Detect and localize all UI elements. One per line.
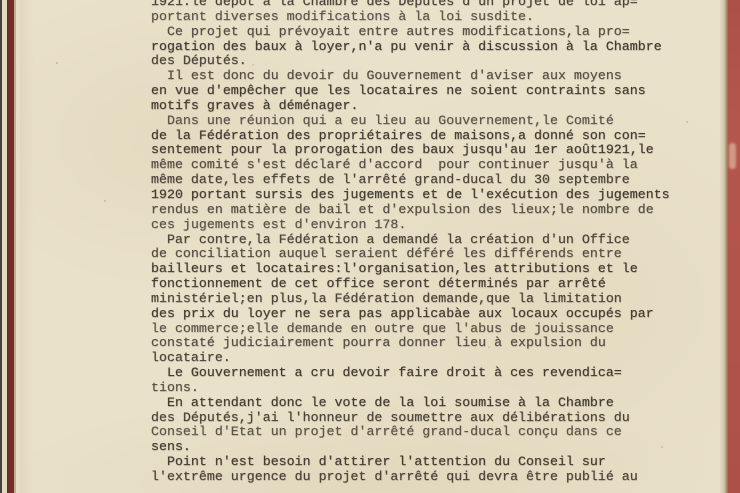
text-line: Ce projet qui prévoyait entre autres mod… [151, 25, 670, 40]
text-line: portant diverses modifications à la loi … [151, 10, 670, 25]
text-line: Point n'est besoin d'attirer l'attention… [151, 455, 670, 470]
text-line: des prix du loyer ne sera pas applicabàe… [151, 307, 670, 322]
text-line: En attendant donc le vote de la loi soum… [151, 396, 670, 411]
text-line: l'extrême urgence du projet d'arrêté qui… [151, 470, 670, 485]
text-line: motifs graves à déménager. [151, 99, 670, 114]
text-line: fonctionnement de cet office seront déte… [151, 277, 670, 292]
book-binding-edge [0, 0, 20, 493]
text-line: Dans une réunion qui a eu lieu au Gouver… [151, 114, 670, 129]
text-line: en vue d'empêcher que les locataires ne … [151, 84, 670, 99]
page-right-edge [720, 0, 727, 493]
text-line: sentement pour la prorogation des baux j… [151, 143, 670, 158]
text-line: rendus en matière de bail et d'expulsion… [151, 203, 670, 218]
text-line: Par contre,la Fédération a demandé la cr… [151, 233, 670, 248]
red-cover-strip [727, 0, 740, 493]
text-line: même date,les effets de l'arrêté grand-d… [151, 173, 670, 188]
text-line: constaté judiciairement pourra donner li… [151, 336, 670, 351]
text-line: de la Fédération des propriétaires de ma… [151, 129, 670, 144]
text-line: le commerce;elle demande en outre que l'… [151, 322, 670, 337]
text-line: de conciliation auquel seraient déféré l… [151, 247, 670, 262]
text-line: rogation des baux à loyer,n'a pu venir à… [151, 40, 670, 55]
scanned-document-page: 1921.le dépôt à la Chambre des Députés d… [0, 0, 740, 493]
text-line: bailleurs et locataires:l'organisation,l… [151, 262, 670, 277]
text-line: même comité s'est déclaré d'accord pour … [151, 158, 670, 173]
text-line: Il est donc du devoir du Gouvernement d'… [151, 69, 670, 84]
text-line: sens. [151, 440, 670, 455]
text-line: tions. [151, 381, 670, 396]
text-line: ministériel;en plus,la Fédération demand… [151, 292, 670, 307]
typewritten-text: 1921.le dépôt à la Chambre des Députés d… [151, 0, 670, 485]
text-line: 1920 portant sursis des jugements et de … [151, 188, 670, 203]
text-line: Le Gouvernement a cru devoir faire droit… [151, 366, 670, 381]
paper-speckles [20, 0, 22, 2]
text-line: locataire. [151, 351, 670, 366]
page-paper: 1921.le dépôt à la Chambre des Députés d… [20, 0, 720, 493]
text-line: Conseil d'Etat un projet d'arrêté grand-… [151, 425, 670, 440]
text-line: des Députés. [151, 54, 670, 69]
text-line: des Députés,j'ai l'honneur de soumettre … [151, 411, 670, 426]
text-line: ces jugements est d'environ 178. [151, 218, 670, 233]
cover-wear-mark [729, 143, 736, 169]
